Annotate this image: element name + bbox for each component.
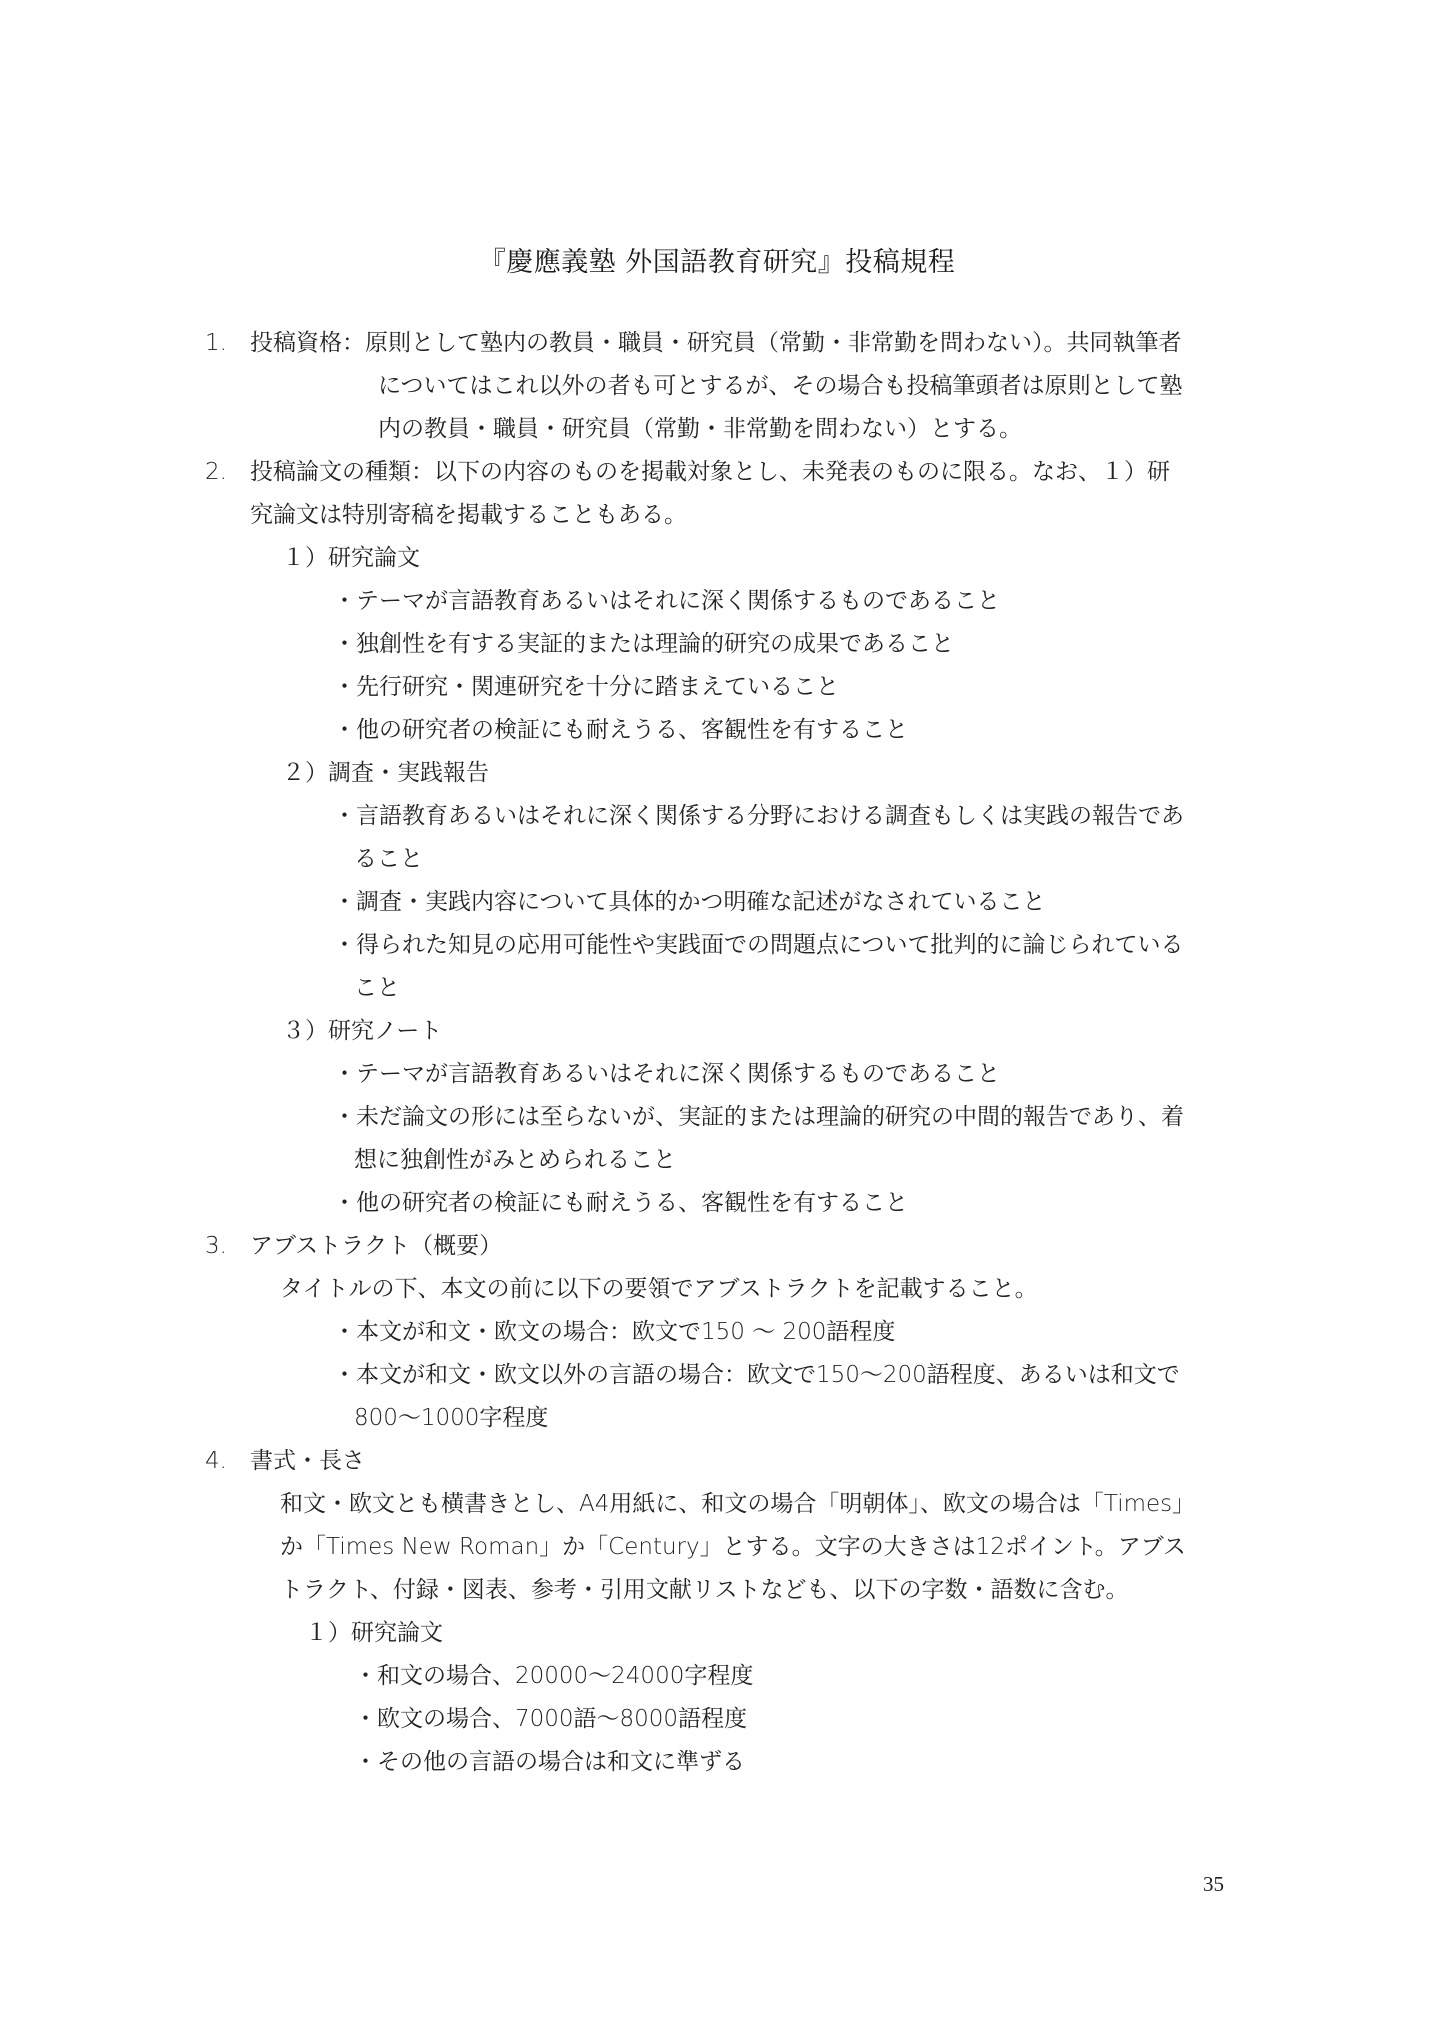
bullet-item: ・本文が和文・欧文の場合：欧文で150 ～ 200語程度: [333, 1317, 895, 1347]
bullet-continuation: 想に独創性がみとめられること: [354, 1145, 676, 1175]
bullet-item: ・その他の言語の場合は和文に準ずる: [354, 1747, 745, 1777]
bullet-item: ・他の研究者の検証にも耐えうる、客観性を有すること: [333, 715, 908, 745]
bullet-item: ・テーマが言語教育あるいはそれに深く関係するものであること: [333, 586, 1000, 616]
bullet-item: ・言語教育あるいはそれに深く関係する分野における調査もしくは実践の報告であ: [333, 801, 1184, 831]
section-body-line: か「Times New Roman」か「Century」とする。文字の大きさは1…: [280, 1532, 1186, 1562]
bullet-item: ・テーマが言語教育あるいはそれに深く関係するものであること: [333, 1059, 1000, 1089]
subsection-heading: ３）研究ノート: [282, 1016, 442, 1046]
subsection-heading: １）研究論文: [305, 1618, 443, 1648]
section-text-line: についてはこれ以外の者も可とするが、その場合も投稿筆頭者は原則として塾: [378, 371, 1183, 401]
bullet-continuation: 800～1000字程度: [354, 1403, 548, 1433]
section-number: 2.: [205, 457, 227, 487]
bullet-item: ・得られた知見の応用可能性や実践面での問題点について批判的に論じられている: [333, 930, 1184, 960]
section-heading: アブストラクト（概要）: [250, 1231, 502, 1261]
bullet-item: ・欧文の場合、7000語～8000語程度: [354, 1704, 747, 1734]
section-text-line: 究論文は特別寄稿を掲載することもある。: [250, 500, 687, 530]
bullet-continuation: こと: [354, 973, 400, 1003]
bullet-item: ・和文の場合、20000～24000字程度: [354, 1661, 753, 1691]
section-text-line: 投稿資格：原則として塾内の教員・職員・研究員（常勤・非常勤を問わない）。共同執筆…: [250, 328, 1182, 358]
page-number: 35: [1203, 1872, 1224, 1897]
section-text-line: 内の教員・職員・研究員（常勤・非常勤を問わない）とする。: [378, 414, 1022, 444]
section-heading: 書式・長さ: [250, 1446, 365, 1476]
bullet-item: ・本文が和文・欧文以外の言語の場合：欧文で150～200語程度、あるいは和文で: [333, 1360, 1180, 1390]
bullet-continuation: ること: [354, 844, 423, 874]
bullet-item: ・独創性を有する実証的または理論的研究の成果であること: [333, 629, 954, 659]
section-number: 3.: [205, 1231, 227, 1261]
bullet-item: ・調査・実践内容について具体的かつ明確な記述がなされていること: [333, 887, 1046, 917]
page-title: 『慶應義塾 外国語教育研究』投稿規程: [0, 240, 1434, 279]
bullet-item: ・他の研究者の検証にも耐えうる、客観性を有すること: [333, 1188, 908, 1218]
section-body-line: トラクト、付録・図表、参考・引用文献リストなども、以下の字数・語数に含む。: [280, 1575, 1128, 1605]
subsection-heading: ２）調査・実践報告: [282, 758, 489, 788]
bullet-item: ・未だ論文の形には至らないが、実証的または理論的研究の中間的報告であり、着: [333, 1102, 1184, 1132]
section-number: 1.: [205, 328, 227, 358]
section-body-line: 和文・欧文とも横書きとし、A4用紙に、和文の場合「明朝体」、欧文の場合は「Tim…: [280, 1489, 1195, 1519]
section-number: 4.: [205, 1446, 227, 1476]
section-body: タイトルの下、本文の前に以下の要領でアブストラクトを記載すること。: [280, 1274, 1038, 1304]
bullet-item: ・先行研究・関連研究を十分に踏まえていること: [333, 672, 839, 702]
section-text-line: 投稿論文の種類：以下の内容のものを掲載対象とし、未発表のものに限る。なお、１）研: [250, 457, 1170, 487]
subsection-heading: １）研究論文: [282, 543, 420, 573]
